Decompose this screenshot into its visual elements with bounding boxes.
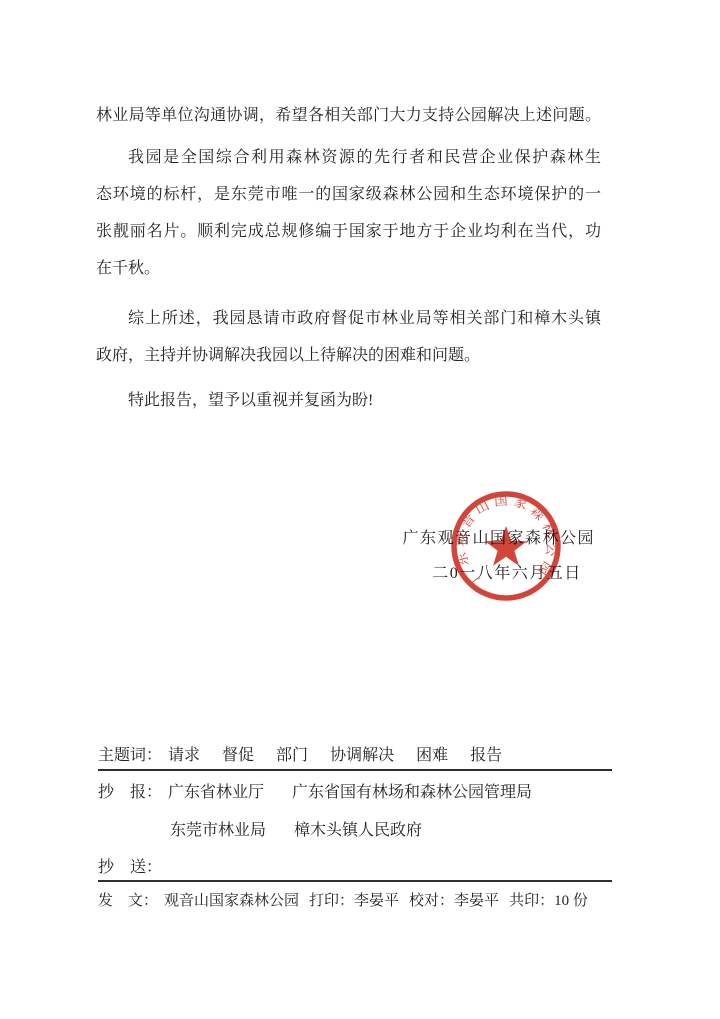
subject-keyword: 困难	[416, 746, 448, 766]
subject-keyword: 协调解决	[330, 746, 394, 766]
text-line: 张靓丽名片。顺利完成总规修编于国家于地方于企业均利在当代，功	[96, 213, 601, 250]
issue-unit: 观音山国家森林公园	[164, 891, 299, 911]
copy-send-label: 抄 送：	[98, 859, 162, 876]
text-line: 态环境的标杆，是东莞市唯一的国家级森林公园和生态环境保护的一	[96, 176, 601, 213]
subject-keyword: 督促	[222, 746, 254, 766]
text-line: 在千秋。	[96, 250, 601, 287]
copy-report-recipient: 东莞市林业局	[170, 821, 266, 841]
issue-copies: 共印：10 份	[509, 891, 588, 911]
subject-keyword: 报告	[470, 746, 502, 766]
text-line: 特此报告，望予以重视并复函为盼!	[96, 382, 601, 419]
paragraph-1: 林业局等单位沟通协调，希望各相关部门大力支持公园解决上述问题。	[96, 97, 601, 134]
copy-report-row-2: 东莞市林业局樟木头镇人民政府	[98, 821, 612, 841]
seal-star-icon	[485, 526, 527, 566]
body-text: 林业局等单位沟通协调，希望各相关部门大力支持公园解决上述问题。 我园是全国综合利…	[96, 97, 601, 419]
copy-report-recipient: 广东省林业厅	[168, 783, 264, 803]
subject-words-label: 主题词：	[98, 747, 162, 764]
issue-row: 发 文：观音山国家森林公园打印：李晏平校对：李晏平共印：10 份	[98, 891, 612, 911]
text-line: 政府，主持并协调解决我园以上待解决的困难和问题。	[96, 337, 601, 374]
subject-keyword: 请求	[168, 746, 200, 766]
copy-report-label: 抄 报：	[98, 784, 162, 801]
text-line: 综上所述，我园恳请市政府督促市林业局等相关部门和樟木头镇	[96, 300, 601, 337]
issue-label: 发 文：	[98, 893, 158, 909]
paragraph-4: 特此报告，望予以重视并复函为盼!	[96, 382, 601, 419]
copy-report-recipient: 樟木头镇人民政府	[294, 821, 422, 841]
text-line: 林业局等单位沟通协调，希望各相关部门大力支持公园解决上述问题。	[96, 97, 601, 134]
paragraph-3: 综上所述，我园恳请市政府督促市林业局等相关部门和樟木头镇 政府，主持并协调解决我…	[96, 300, 601, 374]
issue-proofreader: 校对：李晏平	[409, 891, 499, 911]
paragraph-2: 我园是全国综合利用森林资源的先行者和民营企业保护森林生 态环境的标杆，是东莞市唯…	[96, 139, 601, 287]
copy-report-recipient: 广东省国有林场和森林公园管理局	[292, 783, 532, 803]
official-seal: 广东观音山国家森林公园	[448, 488, 564, 604]
copy-send-row: 抄 送：	[98, 858, 612, 882]
issue-printer: 打印：李晏平	[309, 891, 399, 911]
text-line: 我园是全国综合利用森林资源的先行者和民营企业保护森林生	[96, 139, 601, 176]
copy-report-row-1: 抄 报：广东省林业厅广东省国有林场和森林公园管理局	[98, 783, 612, 803]
subject-words-row: 主题词：请求督促部门协调解决困难报告	[98, 746, 612, 771]
subject-keyword: 部门	[276, 746, 308, 766]
document-page: 林业局等单位沟通协调，希望各相关部门大力支持公园解决上述问题。 我园是全国综合利…	[0, 0, 720, 1019]
